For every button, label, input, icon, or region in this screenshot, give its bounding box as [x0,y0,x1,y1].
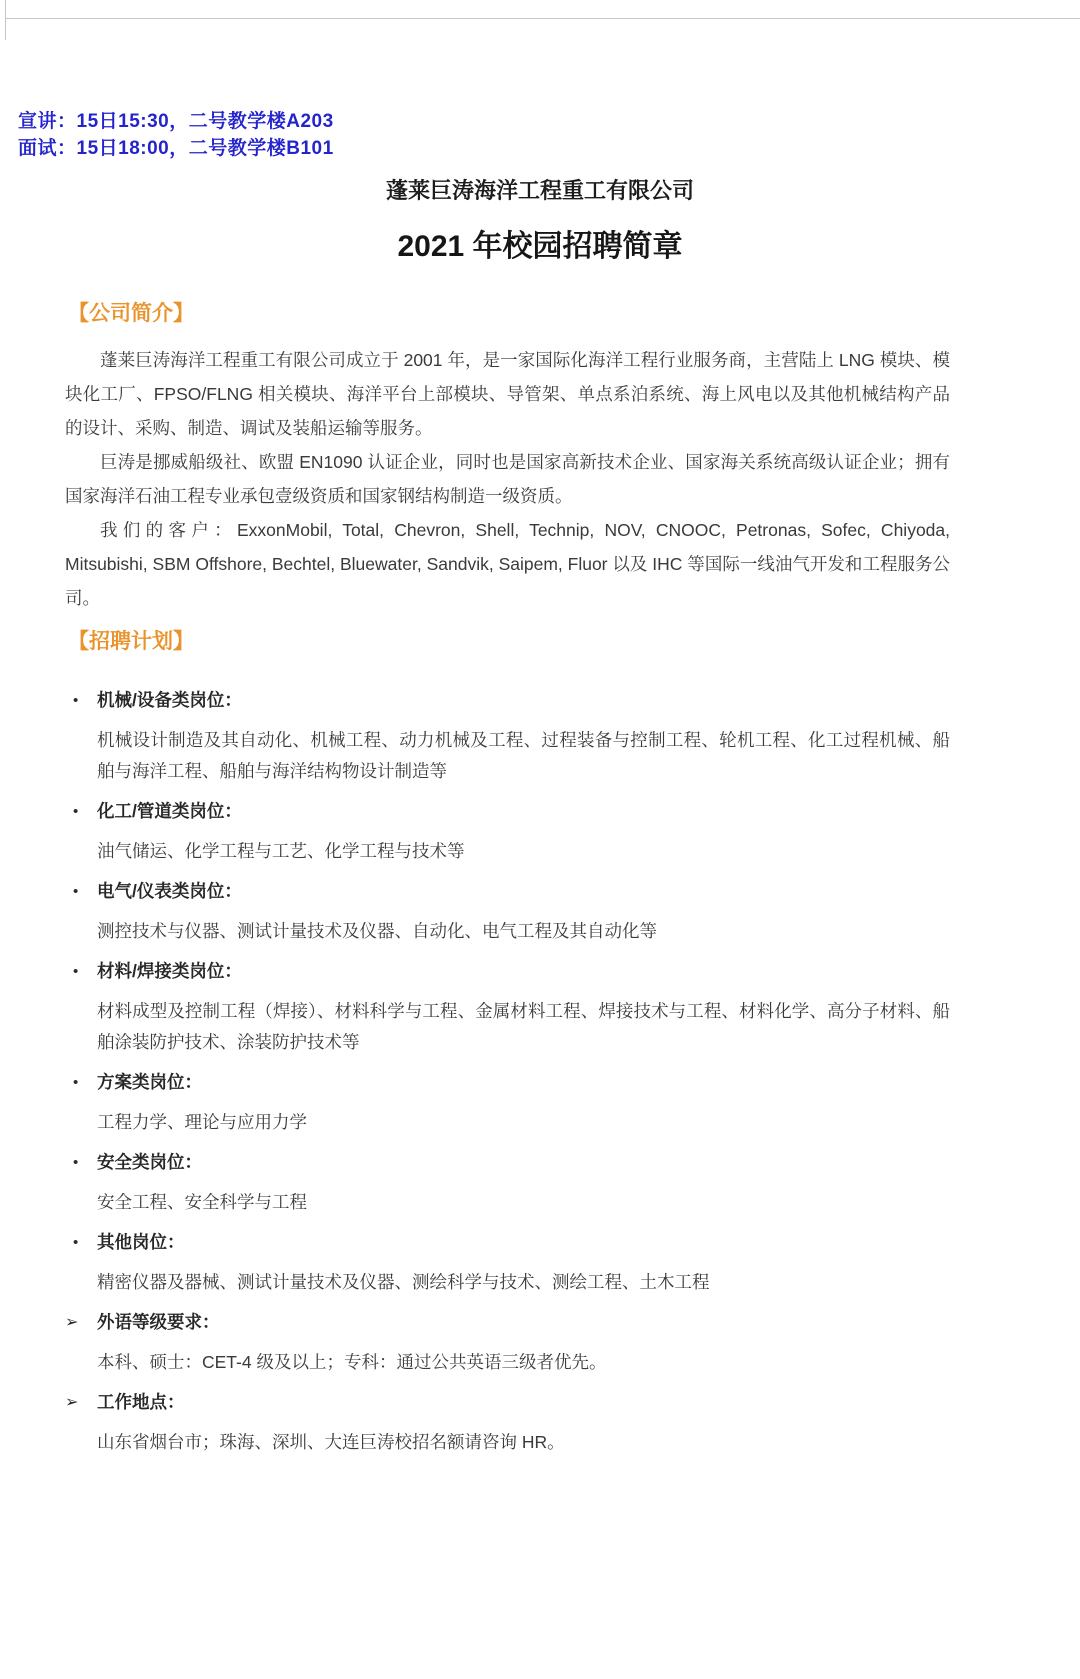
bullet-icon: • [73,685,93,716]
recruit-item-content: 机械设计制造及其自动化、机械工程、动力机械及工程、过程装备与控制工程、轮机工程、… [97,725,950,787]
recruit-item-content: 精密仪器及器械、测试计量技术及仪器、测绘科学与技术、测绘工程、土木工程 [97,1267,950,1298]
recruit-item-content: 本科、硕士：CET-4 级及以上；专科：通过公共英语三级者优先。 [97,1347,950,1378]
recruit-item-heading: 机械/设备类岗位： [97,685,950,716]
recruit-item-materials-welding: • 材料/焊接类岗位： 材料成型及控制工程（焊接）、材料科学与工程、金属材料工程… [65,956,950,1058]
page-edge-top-line [5,18,1080,19]
recruit-item-solutions: • 方案类岗位： 工程力学、理论与应用力学 [65,1067,950,1138]
bullet-icon: • [73,1067,93,1098]
recruit-item-electrical: • 电气/仪表类岗位： 测控技术与仪器、测试计量技术及仪器、自动化、电气工程及其… [65,876,950,947]
bullet-icon: • [73,876,93,907]
recruitment-plan-heading: 【招聘计划】 [68,625,1080,655]
arrow-icon: ➢ [65,1307,85,1338]
schedule-line-interview: 面试：15日18:00，二号教学楼B101 [18,135,1080,162]
schedule-annotation: 宣讲：15日15:30，二号教学楼A203 面试：15日18:00，二号教学楼B… [18,108,1080,162]
bullet-icon: • [73,956,93,987]
recruit-item-heading: 材料/焊接类岗位： [97,956,950,987]
recruit-item-mechanical: • 机械/设备类岗位： 机械设计制造及其自动化、机械工程、动力机械及工程、过程装… [65,685,950,787]
recruit-item-chemical-piping: • 化工/管道类岗位： 油气储运、化学工程与工艺、化学工程与技术等 [65,796,950,867]
arrow-icon: ➢ [65,1387,85,1418]
recruit-item-heading: 化工/管道类岗位： [97,796,950,827]
recruit-item-safety: • 安全类岗位： 安全工程、安全科学与工程 [65,1147,950,1218]
bullet-icon: • [73,796,93,827]
recruit-item-work-location: ➢ 工作地点： 山东省烟台市；珠海、深圳、大连巨涛校招名额请咨询 HR。 [65,1387,950,1458]
page-edge-left-line [5,0,6,40]
document-page: 宣讲：15日15:30，二号教学楼A203 面试：15日18:00，二号教学楼B… [0,0,1080,1679]
intro-paragraph-3: 我们的客户：ExxonMobil, Total, Chevron, Shell,… [65,513,950,615]
recruit-item-heading: 电气/仪表类岗位： [97,876,950,907]
recruit-item-language-requirement: ➢ 外语等级要求： 本科、硕士：CET-4 级及以上；专科：通过公共英语三级者优… [65,1307,950,1378]
page-title: 2021 年校园招聘简章 [0,221,1080,265]
recruit-item-heading: 外语等级要求： [97,1307,950,1338]
company-name: 蓬莱巨涛海洋工程重工有限公司 [0,174,1080,205]
recruit-item-content: 山东省烟台市；珠海、深圳、大连巨涛校招名额请咨询 HR。 [97,1427,950,1458]
recruit-item-heading: 方案类岗位： [97,1067,950,1098]
recruit-item-heading: 工作地点： [97,1387,950,1418]
recruit-item-heading: 安全类岗位： [97,1147,950,1178]
intro-paragraph-2: 巨涛是挪威船级社、欧盟 EN1090 认证企业，同时也是国家高新技术企业、国家海… [65,445,950,513]
bullet-icon: • [73,1227,93,1258]
recruit-item-content: 油气储运、化学工程与工艺、化学工程与技术等 [97,836,950,867]
company-intro-body: 蓬莱巨涛海洋工程重工有限公司成立于 2001 年，是一家国际化海洋工程行业服务商… [65,343,950,615]
intro-paragraph-1: 蓬莱巨涛海洋工程重工有限公司成立于 2001 年，是一家国际化海洋工程行业服务商… [65,343,950,445]
recruitment-plan-list: • 机械/设备类岗位： 机械设计制造及其自动化、机械工程、动力机械及工程、过程装… [65,685,950,1458]
recruit-item-content: 工程力学、理论与应用力学 [97,1107,950,1138]
bullet-icon: • [73,1147,93,1178]
recruit-item-heading: 其他岗位： [97,1227,950,1258]
schedule-line-presentation: 宣讲：15日15:30，二号教学楼A203 [18,108,1080,135]
recruit-item-content: 测控技术与仪器、测试计量技术及仪器、自动化、电气工程及其自动化等 [97,916,950,947]
recruit-item-other: • 其他岗位： 精密仪器及器械、测试计量技术及仪器、测绘科学与技术、测绘工程、土… [65,1227,950,1298]
recruit-item-content: 安全工程、安全科学与工程 [97,1187,950,1218]
company-intro-heading: 【公司简介】 [68,297,1080,327]
recruit-item-content: 材料成型及控制工程（焊接）、材料科学与工程、金属材料工程、焊接技术与工程、材料化… [97,996,950,1058]
